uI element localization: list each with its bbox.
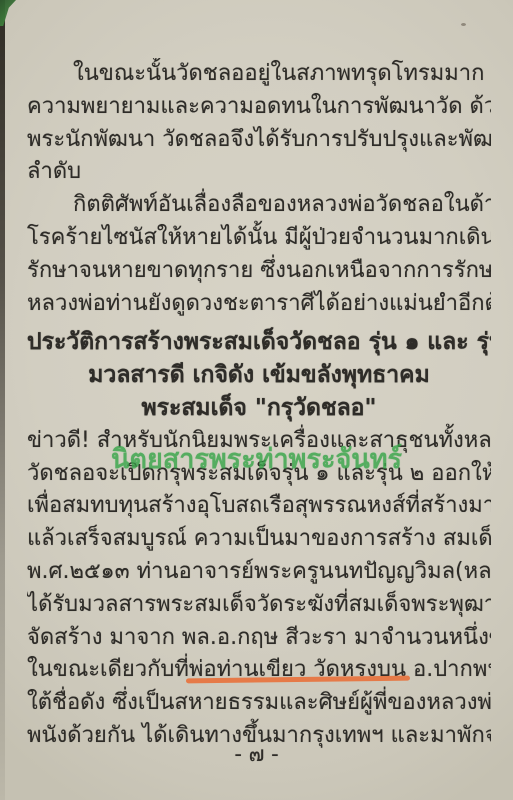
body-line: ใต้ชื่อดัง ซึ่งเป็นสหายธรรมและศิษย์ผู้พี…	[27, 687, 491, 720]
body-line: รักษาจนหายขาดทุกราย ซึ่งนอกเหนือจากการรั…	[27, 255, 491, 288]
underline-post-text: อ.ปากพนัง เกจิอาจารย์สาย	[406, 657, 491, 682]
underline-pre-text: ในขณะเดียวกับที่	[27, 657, 189, 682]
corner-leaf-decoration	[0, 0, 16, 26]
body-line: ลำดับ	[27, 156, 491, 189]
body-line: กิตติศัพท์อันเลื่องลือของหลวงพ่อวัดชลอใน…	[27, 189, 491, 222]
heading-line: ประวัติการสร้างพระสมเด็จวัดชลอ รุ่น ๑ แล…	[27, 326, 491, 359]
body-line: เพื่อสมทบทุนสร้างอุโบสถเรือสุพรรณหงส์ที่…	[27, 490, 491, 523]
body-line: ความพยายามและความอดทนในการพัฒนาวัด ด้วยค…	[27, 91, 491, 124]
heading-group: ประวัติการสร้างพระสมเด็จวัดชลอ รุ่น ๑ แล…	[27, 326, 491, 424]
heading-line: พระสมเด็จ "กรุวัดชลอ"	[27, 392, 491, 425]
heading-line: มวลสารดี เกจิดัง เข้มขลังพุทธาคม	[27, 359, 491, 392]
paragraph-2: กิตติศัพท์อันเลื่องลือของหลวงพ่อวัดชลอใน…	[27, 189, 491, 320]
body-line: จัดสร้าง มาจาก พล.อ.กฤษ สีวะรา มาจำนวนหน…	[27, 622, 491, 655]
body-line: ได้รับมวลสารพระสมเด็จวัดระฆังที่สมเด็จพร…	[27, 589, 491, 622]
body-line: หลวงพ่อท่านยังดูดวงชะตาราศีได้อย่างแม่นย…	[27, 288, 491, 321]
scanned-book-page: ในขณะนั้นวัดชลออยู่ในสภาพทรุดโทรมมาก หลว…	[0, 0, 513, 800]
paragraph-3-before-underline: วัดชลอจะเปิดกรุพระสมเด็จรุ่น ๑ และรุ่น ๒…	[27, 458, 491, 655]
text-block: ในขณะนั้นวัดชลออยู่ในสภาพทรุดโทรมมาก หลว…	[27, 58, 491, 753]
body-line: พ.ศ.๒๕๑๓ ท่านอาจารย์พระครูนนทปัญญวิมล(หล…	[27, 556, 491, 589]
body-line: โรคร้ายไซนัสให้หายได้นั้น มีผู้ป่วยจำนวน…	[27, 222, 491, 255]
body-line: ในขณะนั้นวัดชลออยู่ในสภาพทรุดโทรมมาก หลว…	[27, 58, 491, 91]
body-line: พระนักพัฒนา วัดชลอจึงได้รับการปรับปรุงแล…	[27, 124, 491, 157]
body-line: แล้วเสร็จสมบูรณ์ ความเป็นมาของการสร้าง ส…	[27, 523, 491, 556]
scan-speck	[461, 23, 466, 26]
green-watermark-text: นิตยสารพระท่าพระจันทร์	[111, 437, 402, 480]
left-page-edge-shadow	[0, 0, 5, 800]
orange-underlined-text: พ่อท่านเขียว วัดหรงบน	[189, 657, 406, 682]
underlined-line: ในขณะเดียวกับที่พ่อท่านเขียว วัดหรงบน อ.…	[27, 654, 491, 687]
paragraph-1: ในขณะนั้นวัดชลออยู่ในสภาพทรุดโทรมมาก หลว…	[27, 58, 491, 189]
page-number: - ๗ -	[0, 738, 513, 771]
